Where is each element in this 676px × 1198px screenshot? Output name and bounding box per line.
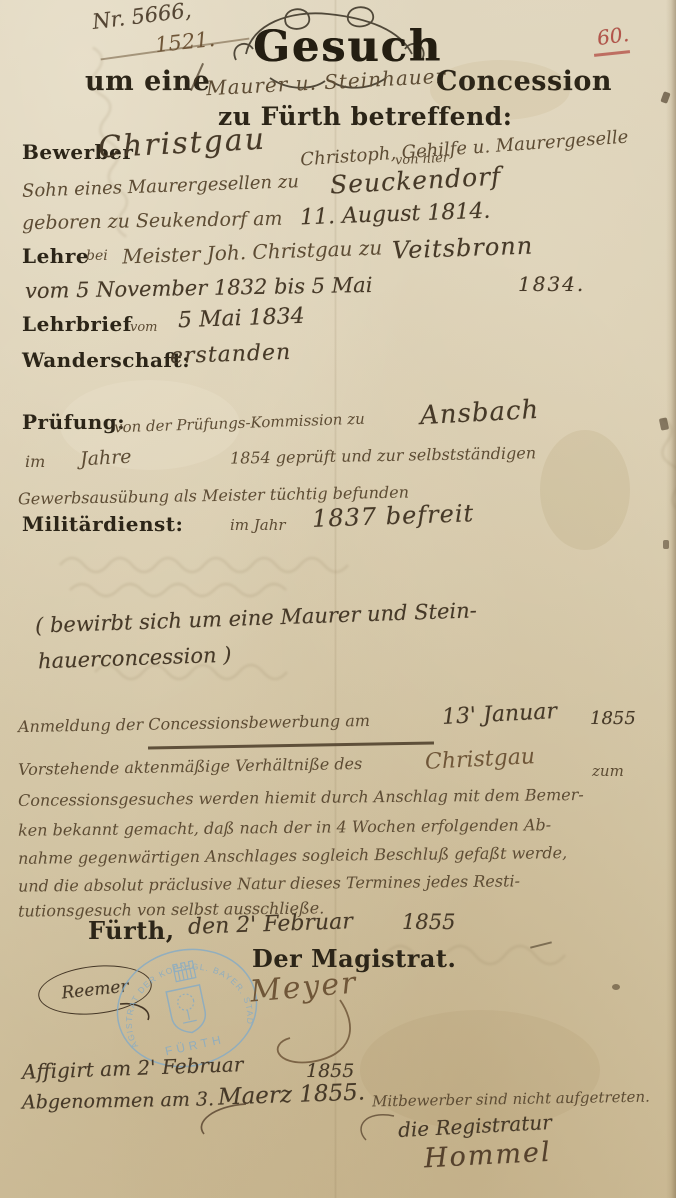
header-concession: Concession xyxy=(436,66,612,97)
paragraph-line1-name: Christgau xyxy=(424,744,535,775)
abgenommen-note: Abgenommen am 3. xyxy=(22,1088,214,1113)
registratur-flourish xyxy=(352,1108,398,1144)
lehre-period: vom 5 November 1832 bis 5 Mai xyxy=(25,273,373,303)
applicant-birthdate: 11. August 1814. xyxy=(300,199,491,231)
pruefung-place: Ansbach xyxy=(419,395,540,431)
affigirt-note: Affigirt am 2' Februar xyxy=(22,1052,244,1084)
anmeldung-date: 13' Januar xyxy=(441,699,557,730)
registry-number: Nr. 5666, xyxy=(91,0,193,34)
lehre-bei: bei xyxy=(86,248,108,264)
affigirt-year: 1855 xyxy=(306,1060,354,1082)
ink-spot xyxy=(612,984,620,990)
pruefung-result: 1854 geprüft und zur selbstständigen xyxy=(230,443,536,467)
paper-right-edge xyxy=(666,0,676,1198)
lehrbrief-vom: vom xyxy=(130,320,158,335)
lehrbrief-label: Lehrbrief xyxy=(22,312,132,336)
paragraph-line1-end: zum xyxy=(592,762,624,780)
decision-date: den 2' Februar xyxy=(188,909,354,940)
lehrbrief-date: 5 Mai 1834 xyxy=(178,304,305,333)
militaerdienst-prefix: im Jahr xyxy=(230,516,286,534)
applicant-name: Christgau xyxy=(97,122,267,166)
edge-ink-mark xyxy=(663,540,669,549)
militaerdienst-value: 1837 befreit xyxy=(312,499,475,533)
paper-stain xyxy=(540,430,630,550)
lehre-master: Meister Joh. Christgau zu xyxy=(122,235,383,268)
red-folio-number: 60. xyxy=(595,22,630,50)
pruefung-jahre: Jahre xyxy=(79,446,132,471)
header-um-eine: um eine xyxy=(85,66,210,97)
abgenommen-remark: Mitbewerber sind nicht aufgetreten. xyxy=(372,1088,650,1111)
paragraph-line1: Vorstehende aktenmäßige Verhältniße des xyxy=(18,754,363,779)
city-label: Fürth, xyxy=(88,916,175,945)
paragraph-line2: Concessionsgesuches werden hiemit durch … xyxy=(18,785,584,810)
bleedthrough-ghost xyxy=(55,545,575,605)
registratur-signature: Hommel xyxy=(423,1137,552,1175)
pruefung-im: im xyxy=(25,452,45,471)
red-underline xyxy=(594,50,630,56)
anmeldung-underline xyxy=(148,742,434,750)
wanderschaft-label: Wanderschaft: xyxy=(22,348,190,372)
document-page: Nr. 5666, 1521. 60. Gesuch um eine Maure… xyxy=(0,0,676,1198)
paragraph-line4: nahme gegenwärtigen Anschlages sogleich … xyxy=(18,843,567,868)
anmeldung-year: 1855 xyxy=(590,708,636,729)
wanderschaft-value: erstanden xyxy=(170,340,292,369)
applicant-origin-insert: von hier xyxy=(395,151,450,169)
pen-flourish xyxy=(190,1098,250,1138)
paragraph-line3: ken bekannt gemacht, daß nach der in 4 W… xyxy=(18,815,551,840)
applicant-origin: Sohn eines Maurergesellen zu xyxy=(22,171,300,202)
decision-year: 1855 xyxy=(402,910,455,934)
paragraph-line5: und die absolut präclusive Natur dieses … xyxy=(18,871,520,895)
secondary-number: 1521. xyxy=(154,27,216,57)
militaerdienst-label: Militärdienst: xyxy=(22,512,183,536)
lehre-label: Lehre xyxy=(22,244,89,268)
applicant-born: geboren zu Seukendorf am xyxy=(22,208,283,235)
lehre-place: Veitsbronn xyxy=(392,232,534,265)
pruefung-label: Prüfung: xyxy=(22,410,125,434)
pruefung-commission: von der Prüfungs-Kommission zu xyxy=(114,410,365,437)
anmeldung-line: Anmeldung der Concessionsbewerbung am xyxy=(18,711,370,736)
lehre-period-year: 1834. xyxy=(518,272,585,296)
